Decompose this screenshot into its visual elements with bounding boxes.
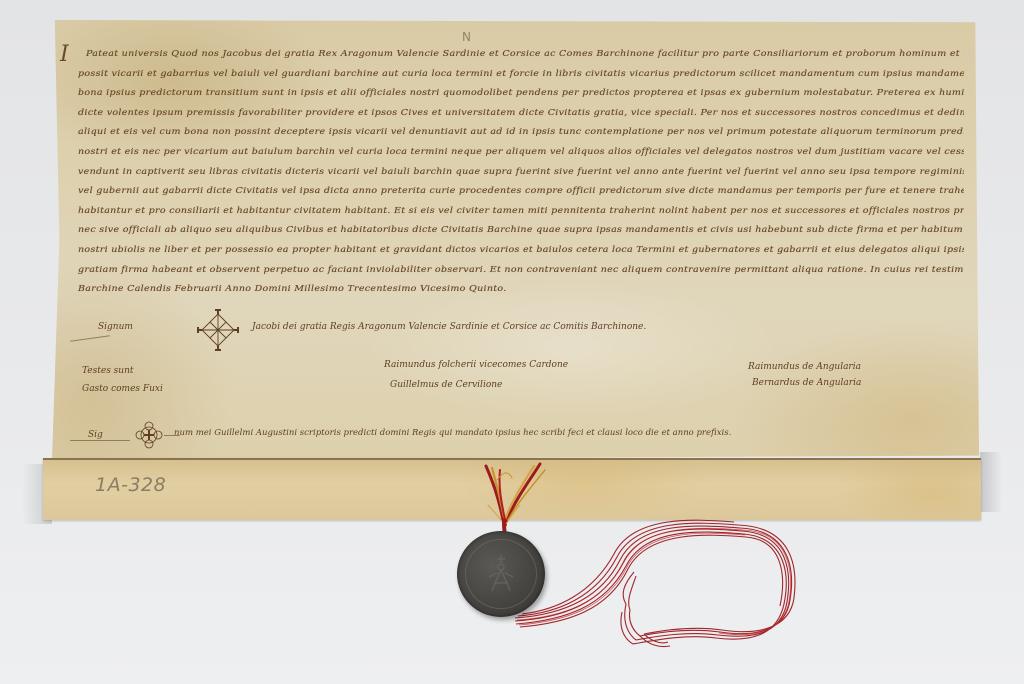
text-line: possit vicarii et gabarrius vel baiuli v… bbox=[64, 69, 964, 87]
text-line: dicte volentes ipsum premissis favorabil… bbox=[64, 108, 964, 126]
text-line: vendunt in captiverit seu libras civitat… bbox=[64, 167, 964, 185]
text-line: nostri et eis nec per vicarium aut baiul… bbox=[64, 147, 964, 165]
text-line: vel gubernii aut gabarrii dicte Civitati… bbox=[64, 186, 964, 204]
signum-cross-icon bbox=[196, 308, 240, 352]
shelfmark: 1A-328 bbox=[95, 474, 166, 496]
scribe-subscription: Sig num mei Guillelmi Augustini scriptor… bbox=[70, 420, 690, 450]
text-line: nostri ubiolis ne liber et per possessio… bbox=[64, 245, 964, 263]
decorated-initial: I bbox=[60, 42, 69, 67]
photograph: N Pateat universis Quod nos Jacobus dei … bbox=[0, 0, 1024, 684]
flourish bbox=[70, 335, 110, 342]
scribe-text: num mei Guillelmi Augustini scriptoris p… bbox=[174, 428, 731, 438]
witness-name: Guillelmus de Cervilione bbox=[390, 380, 502, 390]
signum-row: Signum Jacobi dei gratia Regis Aragonum … bbox=[70, 308, 530, 348]
text-line: nec sive officiali ab aliquo seu aliquib… bbox=[64, 225, 964, 243]
signum-label: Signum bbox=[98, 322, 133, 332]
text-line: bona ipsius predictorum transitium sunt … bbox=[64, 88, 964, 106]
witness-name: Bernardus de Angularia bbox=[752, 378, 861, 388]
text-line: aliqui et eis vel cum bona non possint d… bbox=[64, 127, 964, 145]
plica-fold bbox=[43, 458, 981, 520]
seal-figure-icon bbox=[483, 551, 519, 595]
text-line: Pateat universis Quod nos Jacobus dei gr… bbox=[64, 49, 964, 67]
text-line: gratiam firma habeant et observent perpe… bbox=[64, 265, 964, 283]
charter-text: Pateat universis Quod nos Jacobus dei gr… bbox=[64, 48, 964, 303]
witness-name: Raimundus de Angularia bbox=[748, 362, 861, 372]
lead-seal bbox=[457, 531, 545, 617]
scribe-label: Sig bbox=[88, 430, 103, 440]
text-line: habitantur et pro consiliarii et habitan… bbox=[64, 206, 964, 224]
text-line: Barchine Calendis Februarii Anno Domini … bbox=[64, 284, 964, 302]
witness-label: Testes sunt bbox=[82, 366, 134, 376]
fold-shadow bbox=[980, 452, 1002, 512]
witness-name: Raimundus folcherii vicecomes Cardone bbox=[384, 360, 568, 370]
scribe-rosette-icon bbox=[134, 420, 164, 450]
witness-name: Gasto comes Fuxi bbox=[82, 384, 163, 394]
flourish bbox=[70, 440, 130, 441]
pencil-mark: N bbox=[462, 30, 471, 44]
signum-text: Jacobi dei gratia Regis Aragonum Valenci… bbox=[252, 322, 646, 332]
